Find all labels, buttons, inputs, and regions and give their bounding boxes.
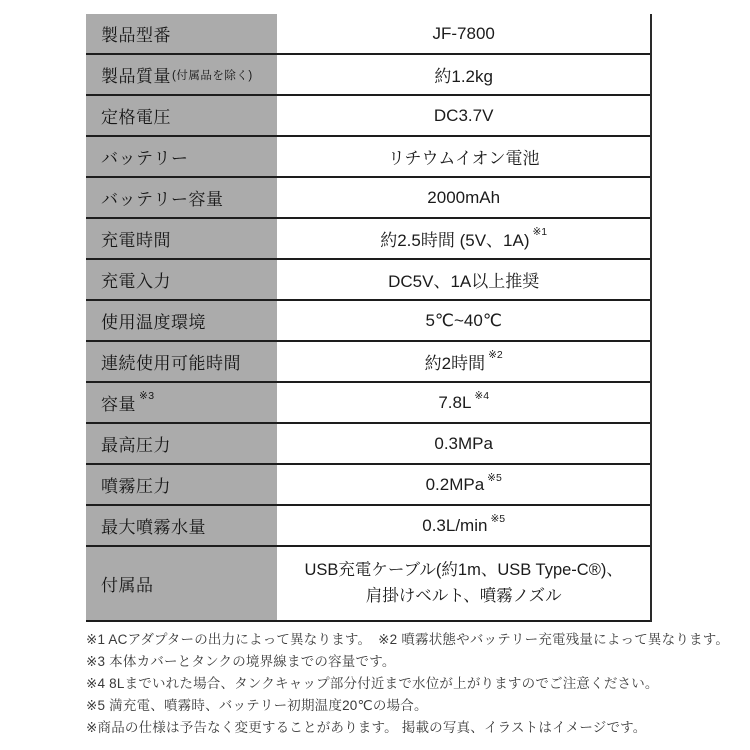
footnotes-block: ※1 ACアダプターの出力によって異なります。 ※2 噴霧状態やバッテリー充電残…: [86, 629, 742, 739]
spec-row-voltage: 定格電圧 DC3.7V: [86, 96, 650, 137]
spec-value-cell: USB充電ケーブル(約1m、USB Type-C®)、 肩掛けベルト、噴霧ノズル: [277, 547, 650, 620]
spec-value-cell: 約2.5時間 (5V、1A)※1: [277, 219, 650, 258]
spec-label-cell: 使用温度環境: [86, 301, 277, 340]
spec-label: 付属品: [101, 571, 154, 596]
spec-value-cell: DC3.7V: [277, 96, 650, 135]
spec-value: DC5V、1A以上推奨: [388, 267, 539, 292]
spec-value-footnote-ref: ※2: [488, 350, 503, 361]
spec-label: 製品型番: [101, 21, 171, 46]
spec-label: 充電時間: [101, 226, 171, 251]
spec-value-cell: 0.2MPa※5: [277, 465, 650, 504]
spec-row-max-pressure: 最高圧力 0.3MPa: [86, 424, 650, 465]
spec-row-battery: バッテリー リチウムイオン電池: [86, 137, 650, 178]
spec-value-footnote-ref: ※1: [532, 227, 547, 238]
spec-value-cell: 7.8L※4: [277, 383, 650, 422]
spec-label-cell: 最大噴霧水量: [86, 506, 277, 545]
spec-label: バッテリー容量: [101, 185, 224, 210]
spec-label: 最大噴霧水量: [101, 513, 206, 538]
spec-value-cell: リチウムイオン電池: [277, 137, 650, 176]
spec-label-cell: 容量※3: [86, 383, 277, 422]
spec-row-charge-time: 充電時間 約2.5時間 (5V、1A)※1: [86, 219, 650, 260]
spec-label: 定格電圧: [101, 103, 171, 128]
spec-value-cell: JF-7800: [277, 14, 650, 53]
spec-value-footnote-ref: ※5: [490, 514, 505, 525]
spec-label-footnote-ref: ※3: [139, 391, 155, 402]
spec-label-cell: 最高圧力: [86, 424, 277, 463]
footnote-line: ※1 ACアダプターの出力によって異なります。 ※2 噴霧状態やバッテリー充電残…: [86, 629, 742, 651]
spec-label-cell: 噴霧圧力: [86, 465, 277, 504]
spec-row-spray-pressure: 噴霧圧力 0.2MPa※5: [86, 465, 650, 506]
spec-label: 製品質量: [101, 62, 171, 87]
spec-row-weight: 製品質量(付属品を除く) 約1.2kg: [86, 55, 650, 96]
spec-value-line: 肩掛けベルト、噴霧ノズル: [304, 584, 622, 610]
spec-label: 充電入力: [101, 267, 171, 292]
spec-value-footnote-ref: ※5: [487, 473, 502, 484]
spec-value: 7.8L: [438, 393, 471, 413]
spec-label-cell: バッテリー: [86, 137, 277, 176]
spec-label-cell: 定格電圧: [86, 96, 277, 135]
spec-label: 連続使用可能時間: [101, 349, 241, 374]
spec-value: リチウムイオン電池: [388, 144, 540, 169]
spec-row-max-spray-volume: 最大噴霧水量 0.3L/min※5: [86, 506, 650, 547]
spec-label: 容量: [101, 390, 136, 415]
spec-label: バッテリー: [101, 144, 189, 169]
footnote-line: ※5 満充電、噴霧時、バッテリー初期温度20℃の場合。: [86, 695, 742, 717]
spec-label: 最高圧力: [101, 431, 171, 456]
spec-value: 2000mAh: [427, 188, 500, 208]
spec-label-cell: 付属品: [86, 547, 277, 620]
spec-value: 約1.2kg: [434, 62, 493, 87]
spec-label: 使用温度環境: [101, 308, 206, 333]
spec-value-cell: 2000mAh: [277, 178, 650, 217]
spec-label-cell: 製品型番: [86, 14, 277, 53]
spec-value: USB充電ケーブル(約1m、USB Type-C®)、 肩掛けベルト、噴霧ノズル: [304, 558, 622, 609]
spec-value: 0.3L/min: [422, 516, 487, 536]
footnote-line: ※商品の仕様は予告なく変更することがあります。 掲載の写真、イラストはイメージで…: [86, 717, 742, 739]
spec-value: 0.2MPa: [426, 475, 485, 495]
spec-label-cell: 製品質量(付属品を除く): [86, 55, 277, 94]
spec-row-tank-capacity: 容量※3 7.8L※4: [86, 383, 650, 424]
footnote-line: ※3 本体カバーとタンクの境界線までの容量です。: [86, 651, 742, 673]
spec-row-temperature-range: 使用温度環境 5℃~40℃: [86, 301, 650, 342]
spec-value: 0.3MPa: [434, 434, 493, 454]
spec-label-note: (付属品を除く): [172, 67, 253, 83]
spec-value-cell: 約2時間※2: [277, 342, 650, 381]
spec-label-cell: 充電入力: [86, 260, 277, 299]
spec-label-cell: 連続使用可能時間: [86, 342, 277, 381]
spec-value: DC3.7V: [434, 106, 494, 126]
spec-value: 5℃~40℃: [425, 311, 501, 331]
spec-row-battery-capacity: バッテリー容量 2000mAh: [86, 178, 650, 219]
spec-value-cell: 0.3L/min※5: [277, 506, 650, 545]
spec-row-accessories: 付属品 USB充電ケーブル(約1m、USB Type-C®)、 肩掛けベルト、噴…: [86, 547, 650, 622]
spec-value-cell: 0.3MPa: [277, 424, 650, 463]
spec-label-cell: バッテリー容量: [86, 178, 277, 217]
spec-value: JF-7800: [432, 24, 494, 44]
spec-label-cell: 充電時間: [86, 219, 277, 258]
spec-row-model: 製品型番 JF-7800: [86, 14, 650, 55]
spec-value-cell: DC5V、1A以上推奨: [277, 260, 650, 299]
spec-value-cell: 5℃~40℃: [277, 301, 650, 340]
spec-value-footnote-ref: ※4: [474, 391, 489, 402]
spec-value: 約2.5時間 (5V、1A): [380, 226, 529, 251]
spec-value: 約2時間: [425, 349, 485, 374]
spec-sheet-page: 製品型番 JF-7800 製品質量(付属品を除く) 約1.2kg 定格電圧 DC…: [0, 0, 750, 750]
spec-row-charge-input: 充電入力 DC5V、1A以上推奨: [86, 260, 650, 301]
spec-value-cell: 約1.2kg: [277, 55, 650, 94]
spec-row-continuous-use: 連続使用可能時間 約2時間※2: [86, 342, 650, 383]
spec-value-line: USB充電ケーブル(約1m、USB Type-C®)、: [304, 558, 622, 584]
footnote-line: ※4 8Lまでいれた場合、タンクキャップ部分付近まで水位が上がりますのでご注意く…: [86, 673, 742, 695]
spec-label: 噴霧圧力: [101, 472, 171, 497]
spec-table: 製品型番 JF-7800 製品質量(付属品を除く) 約1.2kg 定格電圧 DC…: [86, 14, 652, 622]
